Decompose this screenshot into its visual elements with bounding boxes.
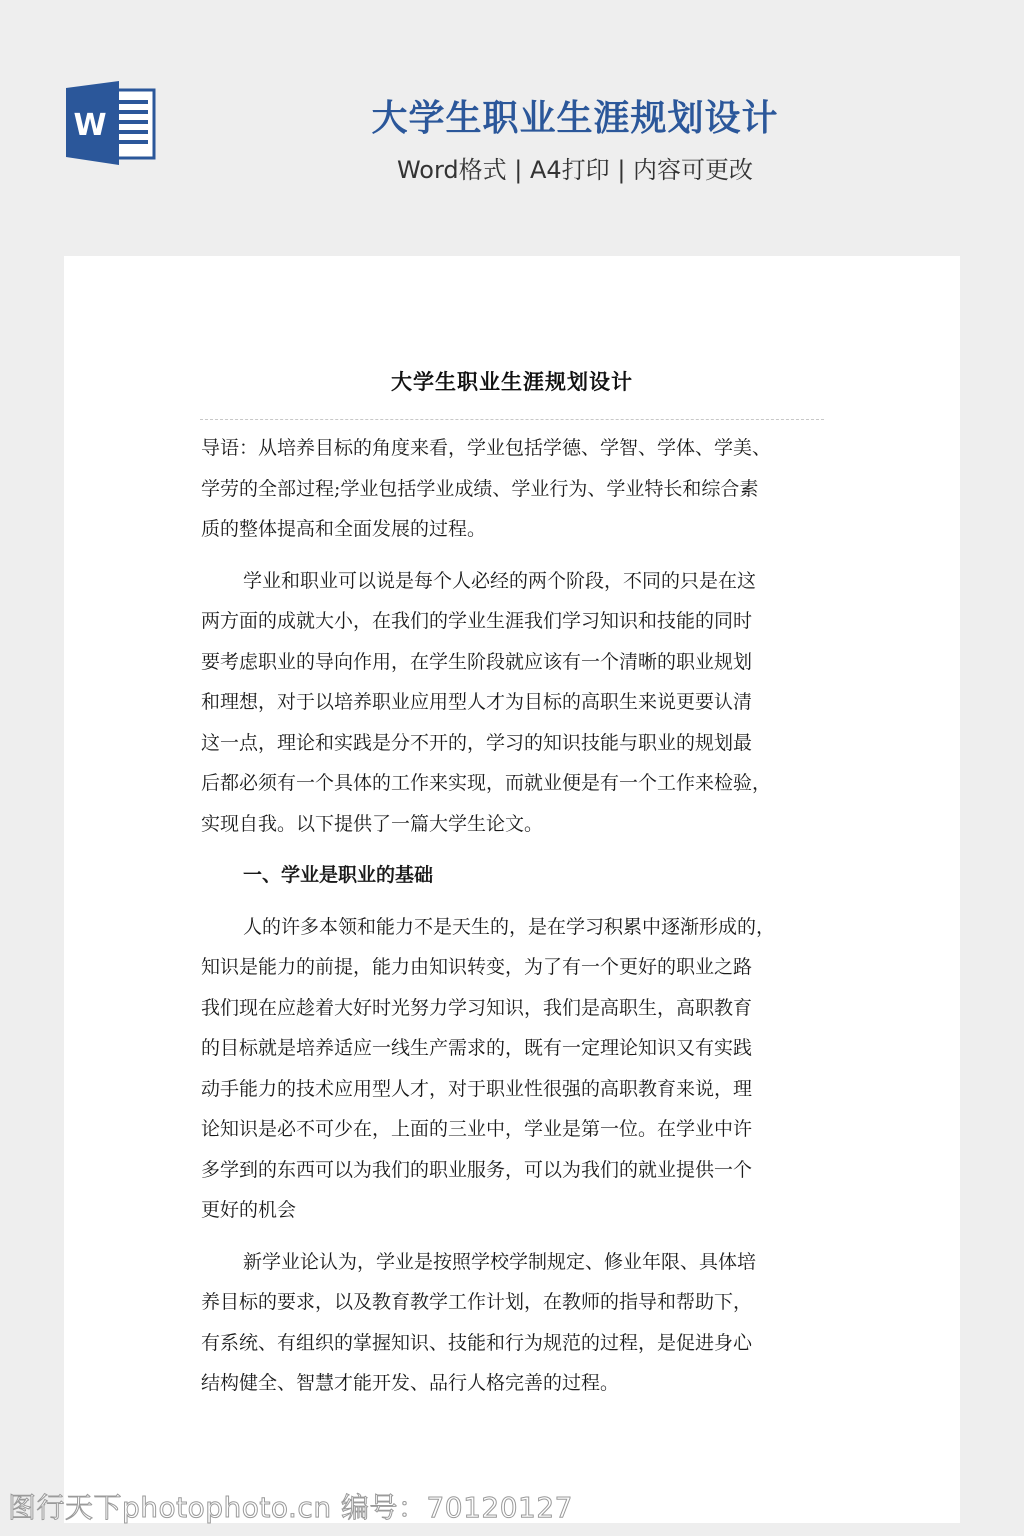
text-line: 导语：从培养目标的角度来看，学业包括学德、学智、学体、学美、 — [201, 428, 841, 469]
text-line: 动手能力的技术应用型人才，对于职业性很强的高职教育来说，理 — [201, 1069, 841, 1110]
document-page: 大学生职业生涯规划设计 导语：从培养目标的角度来看，学业包括学德、学智、学体、学… — [64, 256, 960, 1523]
text-line: 新学业论认为，学业是按照学校学制规定、修业年限、具体培 — [201, 1242, 841, 1283]
document-title: 大学生职业生涯规划设计 — [64, 368, 960, 396]
paragraph-intro: 导语：从培养目标的角度来看，学业包括学德、学智、学体、学美、 学劳的全部过程;学… — [201, 428, 841, 550]
text-line: 知识是能力的前提，能力由知识转变，为了有一个更好的职业之路 — [201, 947, 841, 988]
text-line: 学业和职业可以说是每个人必经的两个阶段，不同的只是在这 — [201, 561, 841, 602]
text-line: 多学到的东西可以为我们的职业服务，可以为我们的就业提供一个 — [201, 1150, 841, 1191]
paragraph: 学业和职业可以说是每个人必经的两个阶段，不同的只是在这 两方面的成就大小，在我们… — [201, 561, 841, 845]
text-line: 更好的机会 — [201, 1190, 841, 1231]
text-line: 和理想，对于以培养职业应用型人才为目标的高职生来说更要认清 — [201, 682, 841, 723]
word-icon: W — [64, 80, 156, 166]
paragraph: 新学业论认为，学业是按照学校学制规定、修业年限、具体培 养目标的要求，以及教育教… — [201, 1242, 841, 1404]
paragraph: 人的许多本领和能力不是天生的，是在学习积累中逐渐形成的， 知识是能力的前提，能力… — [201, 907, 841, 1231]
watermark: 图行天下photophoto.cn 编号：70120127 — [8, 1488, 573, 1528]
text-line: 学劳的全部过程;学业包括学业成绩、学业行为、学业特长和综合素 — [201, 469, 841, 510]
section-heading: 一、学业是职业的基础 — [201, 855, 841, 896]
text-line: 这一点，理论和实践是分不开的，学习的知识技能与职业的规划最 — [201, 723, 841, 764]
text-line: 论知识是必不可少在，上面的三业中，学业是第一位。在学业中许 — [201, 1109, 841, 1150]
title-separator — [200, 419, 824, 420]
heading-text: 一、学业是职业的基础 — [201, 855, 841, 896]
text-line: 养目标的要求，以及教育教学工作计划，在教师的指导和帮助下， — [201, 1282, 841, 1323]
text-line: 我们现在应趁着大好时光努力学习知识，我们是高职生，高职教育 — [201, 988, 841, 1029]
text-line: 的目标就是培养适应一线生产需求的，既有一定理论知识又有实践 — [201, 1028, 841, 1069]
svg-text:W: W — [73, 108, 106, 143]
text-line: 质的整体提高和全面发展的过程。 — [201, 509, 841, 550]
text-line: 有系统、有组织的掌握知识、技能和行为规范的过程，是促进身心 — [201, 1323, 841, 1364]
header-title: 大学生职业生涯规划设计 — [300, 92, 850, 146]
document-body: 导语：从培养目标的角度来看，学业包括学德、学智、学体、学美、 学劳的全部过程;学… — [201, 428, 841, 1404]
text-line: 要考虑职业的导向作用，在学生阶段就应该有一个清晰的职业规划 — [201, 642, 841, 683]
text-line: 人的许多本领和能力不是天生的，是在学习积累中逐渐形成的， — [201, 907, 841, 948]
text-line: 实现自我。以下提供了一篇大学生论文。 — [201, 804, 841, 845]
text-line: 两方面的成就大小，在我们的学业生涯我们学习知识和技能的同时 — [201, 601, 841, 642]
text-line: 后都必须有一个具体的工作来实现，而就业便是有一个工作来检验， — [201, 763, 841, 804]
header-subtitle: Word格式 | A4打印 | 内容可更改 — [300, 152, 850, 188]
text-line: 结构健全、智慧才能开发、品行人格完善的过程。 — [201, 1363, 841, 1404]
